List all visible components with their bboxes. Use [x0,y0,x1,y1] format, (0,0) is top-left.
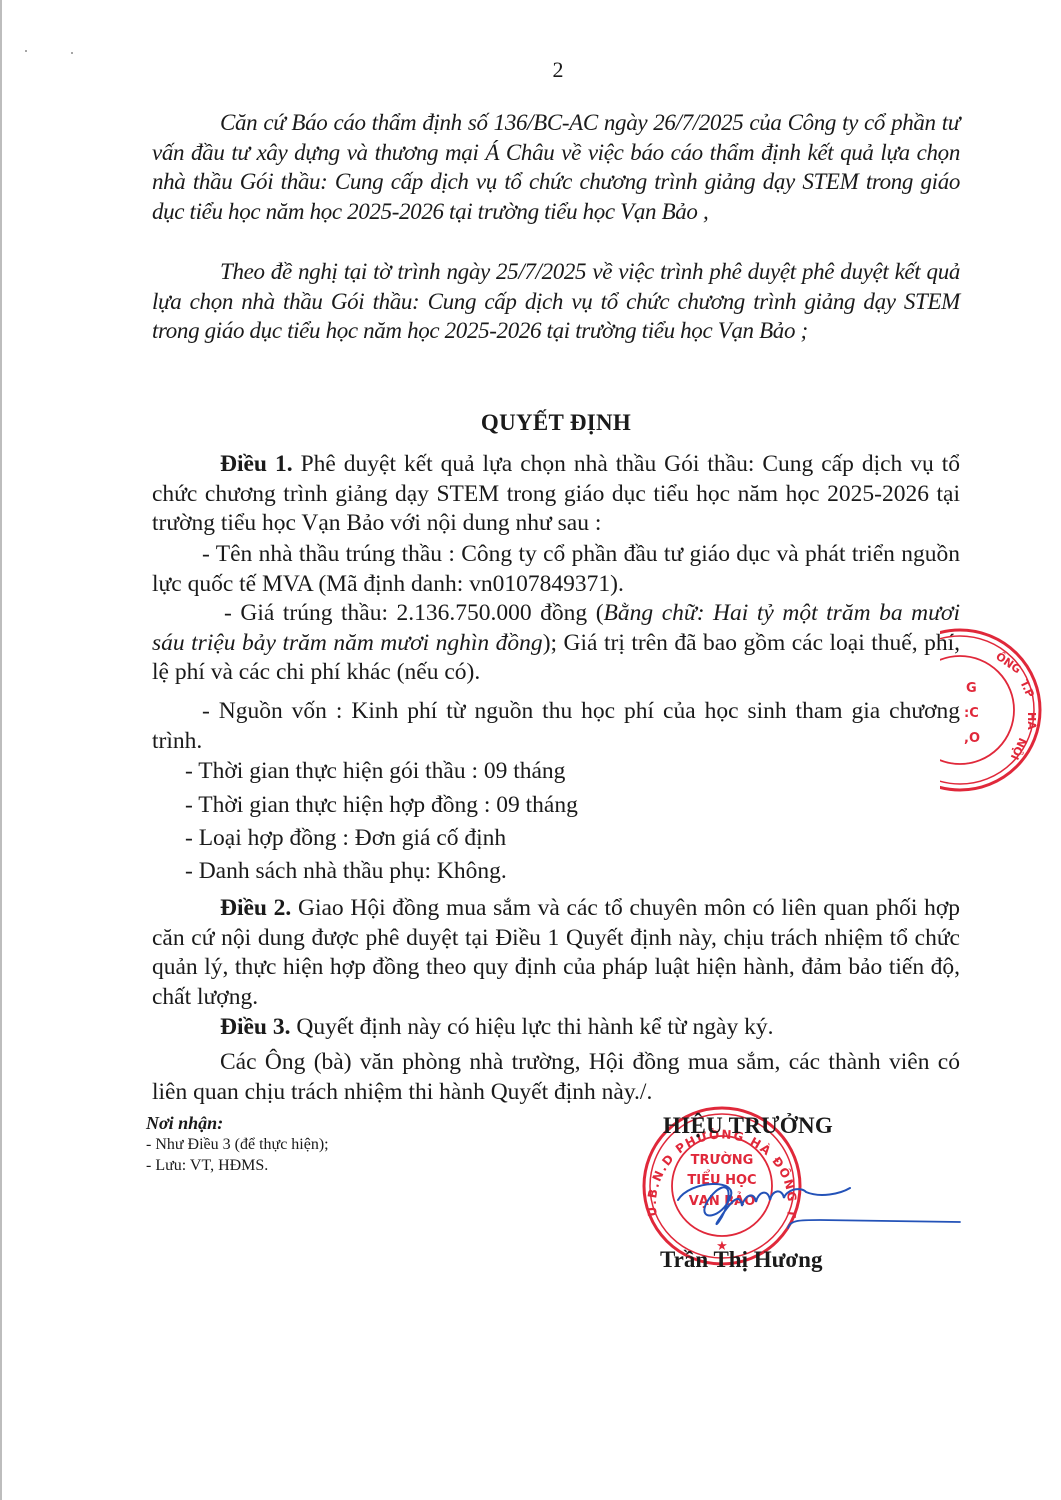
svg-text:G: G [966,681,977,696]
preamble-proposal: Theo đề nghị tại tờ trình ngày 25/7/2025… [152,257,960,346]
decision-heading: QUYẾT ĐỊNH [152,410,960,436]
signature-icon [670,1170,970,1240]
recipient-item: - Như Điều 3 (để thực hiện); [146,1134,329,1155]
margin-stamp-icon: ÔNG T.P HÀ NỘI G :C ,O [940,620,1061,800]
svg-text:,O: ,O [964,731,980,746]
article-1-funding: - Nguồn vốn : Kinh phí từ nguồn thu học … [152,697,960,756]
article-3-label: Điều 3. [220,1014,291,1040]
scan-speck [25,50,27,52]
signer-name: Trần Thị Hương [660,1247,822,1273]
signer-title: HIỆU TRƯỞNG [663,1113,833,1139]
article-1: Điều 1. Phê duyệt kết quả lựa chọn nhà t… [152,450,960,539]
svg-text:TRƯỜNG: TRƯỜNG [691,1152,754,1168]
recipients-title: Nơi nhận: [146,1112,329,1134]
recipient-item: - Lưu: VT, HĐMS. [146,1155,329,1176]
article-1-item: - Loại hợp đồng : Đơn giá cố định [185,824,506,854]
svg-text:HÀ: HÀ [1025,712,1038,730]
article-1-contractor: - Tên nhà thầu trúng thầu : Công ty cổ p… [152,540,960,599]
article-1-item: - Thời gian thực hiện gói thầu : 09 thán… [185,757,565,787]
article-2-label: Điều 2. [220,895,291,921]
scan-edge [0,0,2,1500]
article-3: Điều 3. Quyết định này có hiệu lực thi h… [152,1013,960,1043]
recipients-block: Nơi nhận: - Như Điều 3 (để thực hiện); -… [146,1112,329,1176]
article-2: Điều 2. Giao Hội đồng mua sắm và các tổ … [152,894,960,1012]
article-1-price: - Giá trúng thầu: 2.136.750.000 đồng (Bằ… [152,599,960,688]
article-1-label: Điều 1. [220,451,293,477]
article-1-item: - Danh sách nhà thầu phụ: Không. [185,857,507,887]
svg-text::C: :C [964,706,979,721]
closing-paragraph: Các Ông (bà) văn phòng nhà trường, Hội đ… [152,1048,960,1107]
scan-speck [71,52,73,54]
page-number: 2 [0,57,1061,83]
article-1-item: - Thời gian thực hiện hợp đồng : 09 thán… [185,791,578,821]
preamble-report: Căn cứ Báo cáo thẩm định số 136/BC-AC ng… [152,108,960,226]
